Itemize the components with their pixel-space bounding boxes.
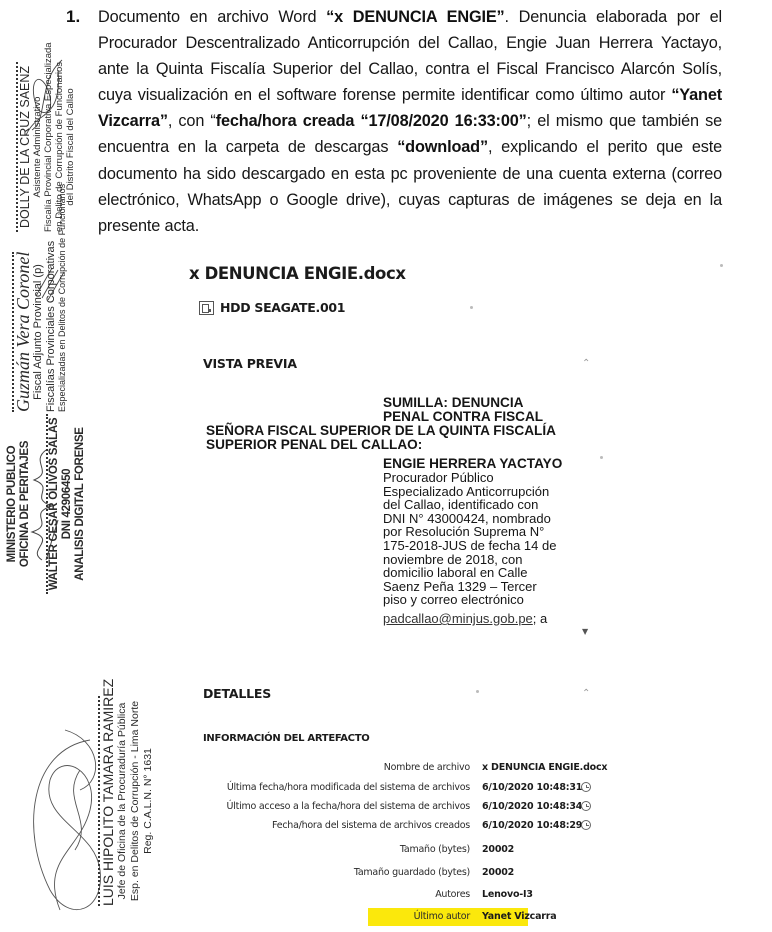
artifact-info-label: Nombre de archivo	[384, 762, 470, 773]
evidence-source[interactable]: HDD SEAGATE.001	[199, 300, 345, 315]
artifact-info-value: 6/10/2020 10:48:31	[482, 782, 582, 793]
artifact-info-value: Lenovo-I3	[482, 889, 533, 900]
details-section-heading: DETALLES	[203, 686, 271, 701]
artifact-info-row: Última fecha/hora modificada del sistema…	[0, 782, 600, 800]
artifact-info-label: Tamaño (bytes)	[400, 844, 470, 855]
paragraph-segment: fecha/hora creada “17/08/2020 16:33:00”	[216, 112, 527, 130]
paragraph-number: 1.	[66, 7, 80, 27]
artifact-info-value: 6/10/2020 10:48:29	[482, 820, 582, 831]
stamp-ministerio-publico-peritajes: MINISTERIO PUBLICO OFICINA DE PERITAJES …	[6, 414, 87, 594]
preview-line: Especializado Anticorrupción	[383, 485, 556, 499]
clock-icon[interactable]	[581, 820, 591, 830]
preview-sumilla: SUMILLA: DENUNCIA PENAL CONTRA FISCAL	[383, 396, 543, 423]
evidence-source-label: HDD SEAGATE.001	[220, 300, 345, 315]
preview-line: piso y correo electrónico	[383, 593, 556, 607]
preview-line: por Resolución Suprema N°	[383, 525, 556, 539]
stamp-guzman-vera-coronel: Guzmán Vera Coronel Fiscal Adjunto Provi…	[12, 252, 68, 412]
double-chevron-up-icon[interactable]: ⌃	[582, 358, 590, 369]
preview-line: DNI N° 43000424, nombrado	[383, 512, 556, 526]
preview-line: 175-2018-JUS de fecha 14 de	[383, 539, 556, 553]
hard-drive-icon	[199, 301, 214, 315]
preview-line: Procurador Público	[383, 471, 556, 485]
artifact-info-label: Tamaño guardado (bytes)	[354, 867, 470, 878]
paragraph-segment: “x DENUNCIA ENGIE”	[326, 8, 504, 26]
artifact-info-value: 20002	[482, 867, 514, 878]
double-chevron-up-icon[interactable]: ⌃	[582, 688, 590, 699]
artifact-info-value: 20002	[482, 844, 514, 855]
paragraph-segment: , con “	[168, 112, 216, 130]
artifact-info-value: x DENUNCIA ENGIE.docx	[482, 762, 607, 773]
preview-line: del Callao, identificado con	[383, 498, 556, 512]
paragraph-segment: Documento en archivo Word	[98, 8, 326, 26]
preview-author-name: ENGIE HERRERA YACTAYO	[383, 457, 562, 471]
artifact-title: x DENUNCIA ENGIE.docx	[189, 264, 406, 283]
scroll-down-icon[interactable]: ▼	[582, 627, 588, 636]
stamp-dolly-de-la-cruz: DOLLY DE LA CRUZ SAENZ Asistente Adminis…	[16, 62, 76, 232]
artifact-info-label: Último acceso a la fecha/hora del sistem…	[227, 801, 470, 812]
clock-icon[interactable]	[581, 782, 591, 792]
clock-icon[interactable]	[581, 801, 591, 811]
artifact-info-label: Última fecha/hora modificada del sistema…	[227, 782, 470, 793]
preview-section-heading: VISTA PREVIA	[203, 356, 297, 371]
paragraph-segment: “download”	[397, 138, 488, 156]
artifact-info-row: Fecha/hora del sistema de archivos cread…	[0, 820, 600, 838]
preview-addressee: SEÑORA FISCAL SUPERIOR DE LA QUINTA FISC…	[206, 424, 556, 451]
preview-line: Saenz Peña 1329 – Tercer	[383, 580, 556, 594]
artifact-info-value: 6/10/2020 10:48:34	[482, 801, 582, 812]
preview-line: noviembre de 2018, con	[383, 553, 556, 567]
artifact-info-row: Último autorYanet Vizcarra	[0, 911, 600, 929]
artifact-info-row: Tamaño (bytes)20002	[0, 844, 600, 862]
artifact-info-label: Último autor	[414, 911, 470, 922]
artifact-info-row: Nombre de archivox DENUNCIA ENGIE.docx	[0, 762, 600, 780]
paragraph-body: Documento en archivo Word “x DENUNCIA EN…	[98, 4, 722, 239]
preview-line: domicilio laboral en Calle	[383, 566, 556, 580]
artifact-info-row: Último acceso a la fecha/hora del sistem…	[0, 801, 600, 819]
artifact-info-row: Tamaño guardado (bytes)20002	[0, 867, 600, 885]
artifact-info-value: Yanet Vizcarra	[482, 911, 556, 922]
email-link[interactable]: padcallao@minjus.gob.pe	[383, 611, 533, 626]
artifact-info-row: AutoresLenovo-I3	[0, 889, 600, 907]
artifact-info-label: Fecha/hora del sistema de archivos cread…	[272, 820, 470, 831]
preview-body: Procurador PúblicoEspecializado Anticorr…	[383, 471, 556, 607]
artifact-info-heading: INFORMACIÓN DEL ARTEFACTO	[203, 733, 369, 744]
artifact-info-label: Autores	[435, 889, 470, 900]
preview-email-line: padcallao@minjus.gob.pe; a	[383, 612, 547, 626]
